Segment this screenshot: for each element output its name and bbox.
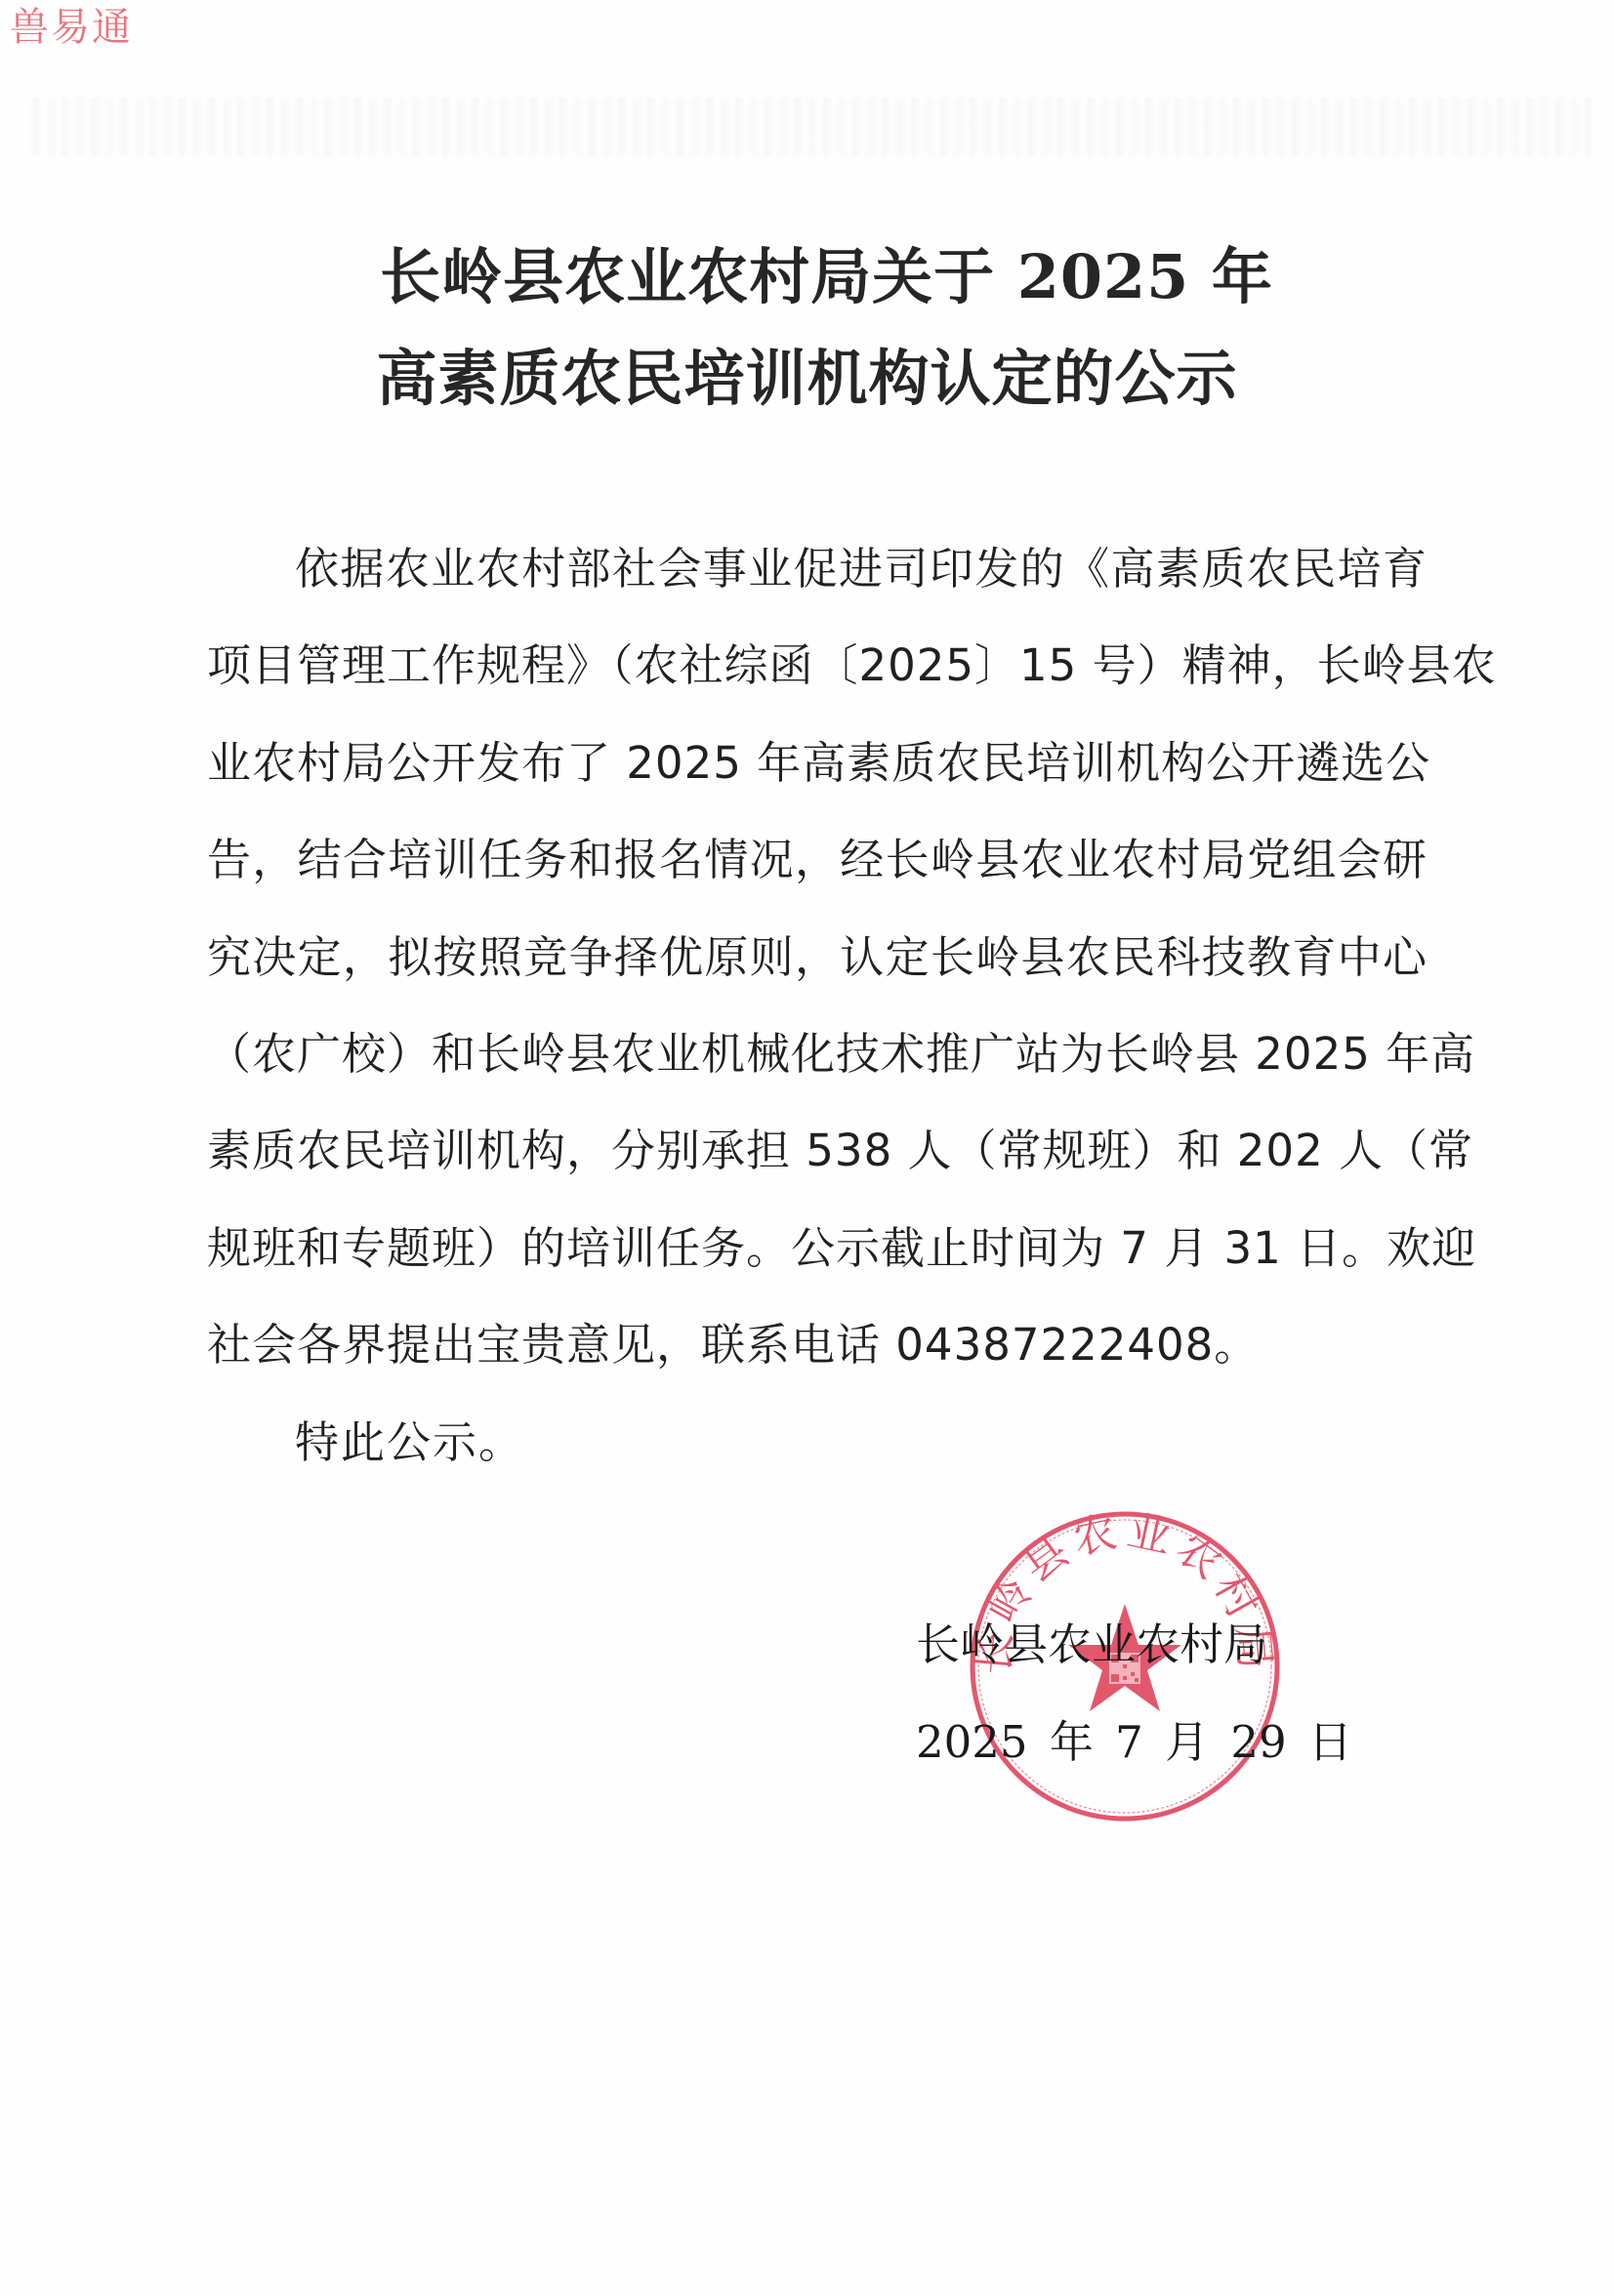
- signature-date: 2025 年 7 月 29 日: [916, 1708, 1352, 1777]
- body-line: 社会各界提出宝贵意见，联系电话 04387222408。: [207, 1311, 1428, 1408]
- body-line: 究决定，拟按照竞争择优原则，认定长岭县农民科技教育中心: [207, 923, 1428, 1020]
- body-line: 项目管理工作规程》（农社综函〔2025〕15 号）精神，长岭县农: [207, 632, 1428, 728]
- body-line: 依据农业农村部社会事业促进司印发的《高素质农民培育: [207, 535, 1428, 632]
- document-title: 长岭县农业农村局关于 2025 年 高素质农民培训机构认定的公示: [0, 226, 1614, 430]
- body-line: 素质农民培训机构，分别承担 538 人（常规班）和 202 人（常: [207, 1117, 1428, 1213]
- scan-bleed-through: [29, 98, 1592, 156]
- signature-organization: 长岭县农业农村局: [916, 1611, 1352, 1679]
- signature-block: 长岭县农业农村局 2025 年 7 月 29 日: [916, 1611, 1352, 1777]
- title-line-2: 高素质农民培训机构认定的公示: [0, 328, 1614, 430]
- document-body: 依据农业农村部社会事业促进司印发的《高素质农民培育 项目管理工作规程》（农社综函…: [207, 535, 1428, 1477]
- body-line: 规班和专题班）的培训任务。公示截止时间为 7 月 31 日。欢迎: [207, 1214, 1428, 1311]
- body-line: 告，结合培训任务和报名情况，经长岭县农业农村局党组会研: [207, 826, 1428, 922]
- watermark-logo: 兽易通: [10, 2, 133, 53]
- closing-remark: 特此公示。: [207, 1409, 1428, 1477]
- body-line: 业农村局公开发布了 2025 年高素质农民培训机构公开遴选公: [207, 729, 1428, 826]
- title-line-1: 长岭县农业农村局关于 2025 年: [39, 226, 1614, 328]
- body-line: （农广校）和长岭县农业机械化技术推广站为长岭县 2025 年高: [207, 1020, 1428, 1117]
